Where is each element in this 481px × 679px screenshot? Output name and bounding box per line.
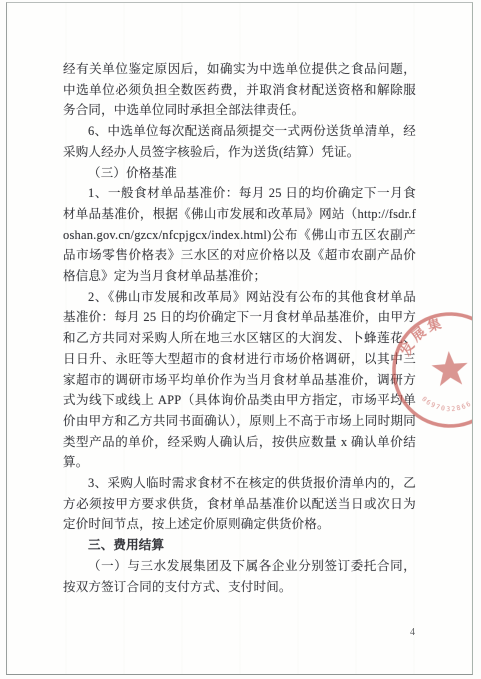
document-paragraph: （一）与三水发展集团及下属各企业分别签订委托合同，按双方签订合同的支付方式、支付… [63,556,416,597]
seal-star-icon [431,350,470,387]
document-paragraph: 6、中选单位每次配送商品须提交一式两份送货单清单，经采购人经办人员签字核验后，作… [63,121,416,162]
document-paragraph: 经有关单位鉴定原因后，如确实为中选单位提供之食品问题，中选单位必须负担全数医药费… [63,59,416,121]
document-paragraph: 1、一般食材单品基准价：每月 25 日的均价确定下一月食材单品基准价，根据《佛山… [63,183,416,287]
document-paragraph: 3、采购人临时需求食材不在核定的供货报价清单内的，乙方必须按甲方要求供货，食材单… [63,473,416,535]
page-number: 4 [410,627,415,638]
document-paragraph: （三）价格基准 [63,163,416,184]
document-text-block: 经有关单位鉴定原因后，如确实为中选单位提供之食品问题，中选单位必须负担全数医药费… [63,59,416,597]
document-page: 经有关单位鉴定原因后，如确实为中选单位提供之食品问题，中选单位必须负担全数医药费… [6,2,473,675]
seal-code-text: 0697032866 [420,392,473,416]
document-paragraph: 2、《佛山市发展和改革局》网站没有公布的其他食材单品基准价：每月 25 日的均价… [63,287,416,473]
scanned-document: 经有关单位鉴定原因后，如确实为中选单位提供之食品问题，中选单位必须负担全数医药费… [0,0,481,679]
document-paragraph: 三、费用结算 [63,535,416,556]
